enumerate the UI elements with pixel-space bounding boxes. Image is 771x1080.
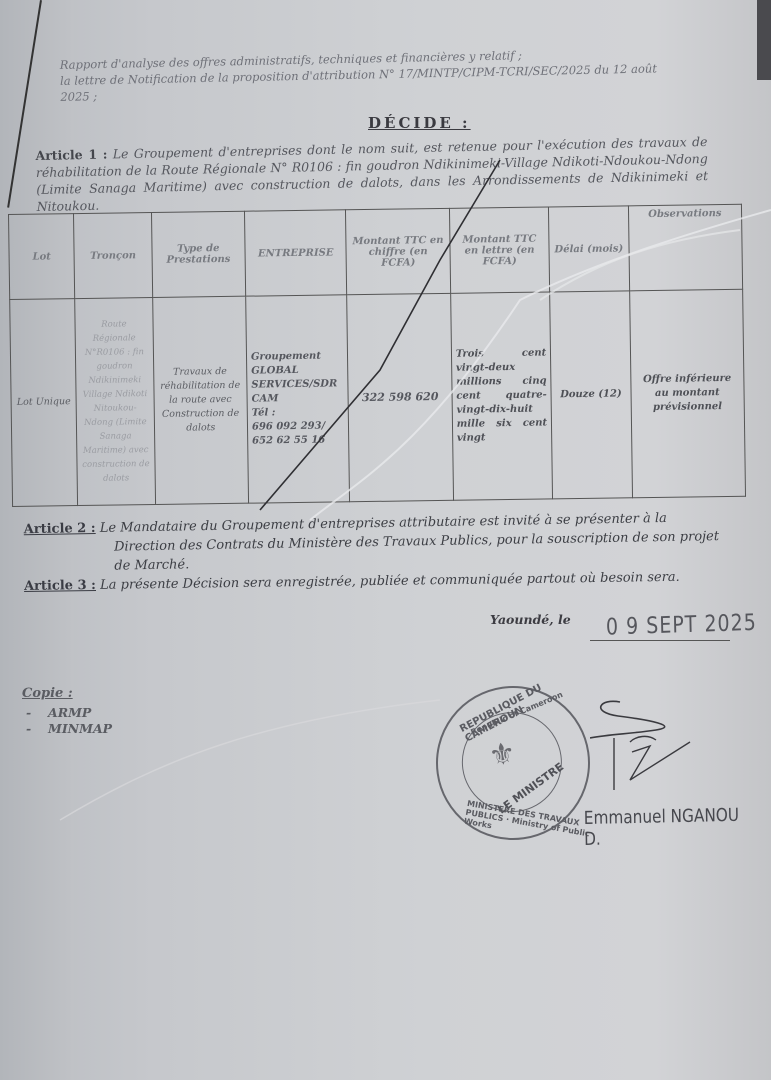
article-1: Article 1 : Le Groupement d'entreprises …: [35, 133, 708, 215]
copy-recipient: MINMAP: [22, 721, 112, 737]
cell-montant-lettre: Trois cent vingt-deux millions cinq cent…: [450, 292, 552, 500]
cell-lot: Lot Unique: [10, 299, 78, 507]
cell-delai: Douze (12): [550, 291, 632, 499]
article-3-label: Article 3 :: [24, 578, 96, 594]
cell-entreprise: Groupement GLOBAL SERVICES/SDR CAM Tél :…: [246, 295, 350, 503]
article-1-text: Le Groupement d'entreprises dont le nom …: [36, 134, 709, 214]
preamble: Rapport d'analyse des offres administrat…: [60, 43, 721, 105]
header-observations: Observations: [628, 204, 743, 291]
decision-heading: DÉCIDE :: [368, 114, 471, 132]
award-table: Lot Tronçon Type de Prestations ENTREPRI…: [8, 204, 746, 507]
cell-type-prestations: Travaux de réhabilitation de la route av…: [152, 296, 248, 504]
table-row: Lot Unique Route Régionale N°R0106 : fin…: [10, 289, 746, 506]
header-lot: Lot: [9, 214, 75, 300]
handwritten-signature: [590, 690, 710, 800]
signatory-name: Emmanuel NGANOU D.: [584, 805, 744, 850]
header-montant-lettre: Montant TTC en lettre (en FCFA): [449, 207, 550, 293]
article-1-label: Article 1 :: [35, 147, 107, 164]
date-underline: [590, 640, 730, 641]
header-type-prestations: Type de Prestations: [151, 211, 246, 297]
entreprise-tel-label: Tél :: [252, 405, 345, 420]
copies-title: Copie :: [22, 686, 112, 701]
copies-list: ARMP MINMAP: [22, 705, 112, 737]
table-header-row: Lot Tronçon Type de Prestations ENTREPRI…: [9, 204, 743, 299]
cell-montant-chiffre: 322 598 620: [347, 293, 453, 501]
header-delai: Délai (mois): [549, 206, 629, 292]
entreprise-name: Groupement GLOBAL SERVICES/SDR CAM: [251, 349, 344, 406]
copies-block: Copie : ARMP MINMAP: [22, 686, 112, 737]
header-entreprise: ENTREPRISE: [244, 210, 347, 296]
official-seal: REPUBLIQUE DU CAMEROUN Republic of Camer…: [426, 676, 600, 850]
coat-of-arms-icon: ⚜: [486, 736, 518, 774]
article-2-label: Article 2 :: [24, 521, 96, 537]
header-troncon: Tronçon: [74, 213, 152, 299]
cell-troncon: Route Régionale N°R0106 : fin goudron Nd…: [75, 297, 155, 505]
date-stamp: 0 9 SEPT 2025: [606, 609, 757, 640]
header-montant-chiffre: Montant TTC en chiffre (en FCFA): [346, 208, 451, 294]
cell-observations: Offre inférieure au montant prévisionnel: [629, 289, 745, 498]
copy-recipient: ARMP: [22, 705, 112, 721]
background-edge: [757, 0, 771, 80]
entreprise-tel: 696 092 293/ 652 62 55 16: [252, 419, 345, 448]
article-2: Article 2 : Le Mandataire du Groupement …: [24, 508, 735, 577]
